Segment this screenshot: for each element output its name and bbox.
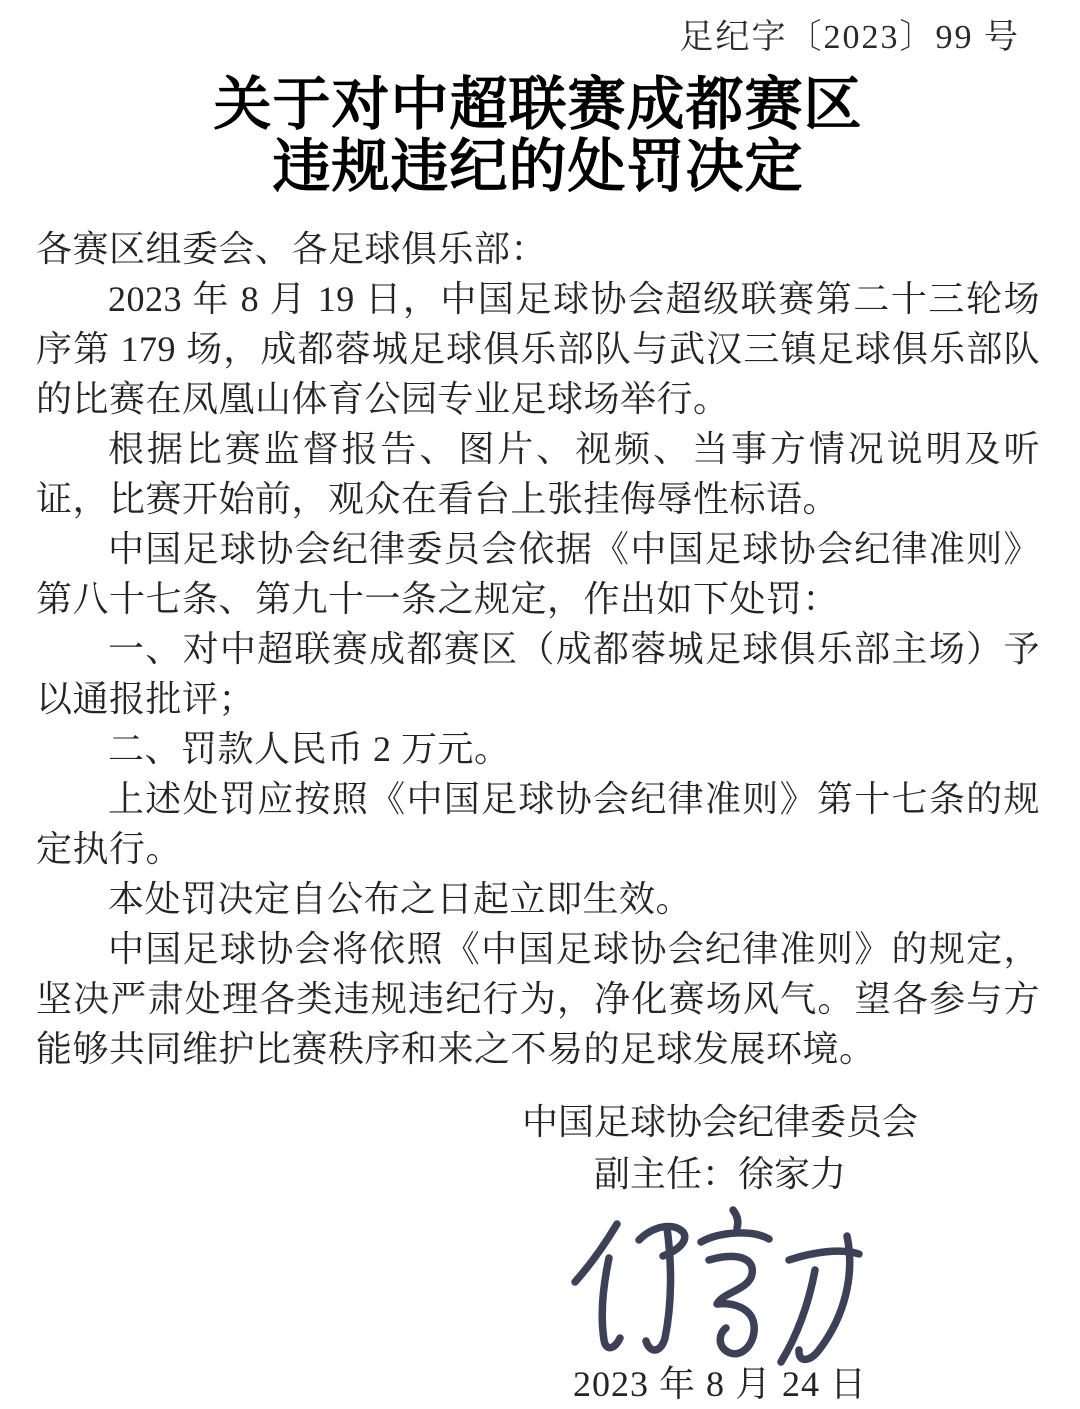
- body-paragraph: 2023 年 8 月 19 日，中国足球协会超级联赛第二十三轮场序第 179 场…: [36, 274, 1040, 424]
- body-paragraph: 本处罚决定自公布之日起立即生效。: [36, 874, 1040, 924]
- body-paragraph: 上述处罚应按照《中国足球协会纪律准则》第十七条的规定执行。: [36, 774, 1040, 874]
- signer-org: 中国足球协会纪律委员会: [500, 1096, 940, 1148]
- salutation: 各赛区组委会、各足球俱乐部：: [36, 224, 1040, 274]
- document-page: 足纪字〔2023〕99 号 关于对中超联赛成都赛区 违规违纪的处罚决定 各赛区组…: [0, 0, 1080, 1409]
- handwritten-signature: [555, 1202, 885, 1370]
- body-paragraph: 一、对中超联赛成都赛区（成都蓉城足球俱乐部主场）予以通报批评；: [36, 624, 1040, 724]
- doc-title: 关于对中超联赛成都赛区 违规违纪的处罚决定: [36, 74, 1040, 198]
- doc-title-line-1: 关于对中超联赛成都赛区: [36, 74, 1040, 136]
- body-paragraph: 中国足球协会将依照《中国足球协会纪律准则》的规定，坚决严肃处理各类违规违纪行为，…: [36, 924, 1040, 1074]
- doc-title-line-2: 违规违纪的处罚决定: [36, 136, 1040, 198]
- document-body: 各赛区组委会、各足球俱乐部： 2023 年 8 月 19 日，中国足球协会超级联…: [36, 224, 1040, 1074]
- signature-block: 中国足球协会纪律委员会 副主任：徐家力 2023 年 8 月 24 日: [500, 1096, 940, 1409]
- body-paragraph: 根据比赛监督报告、图片、视频、当事方情况说明及听证，比赛开始前，观众在看台上张挂…: [36, 424, 1040, 524]
- body-paragraph: 中国足球协会纪律委员会依据《中国足球协会纪律准则》第八十七条、第九十一条之规定，…: [36, 524, 1040, 624]
- signature-date: 2023 年 8 月 24 日: [500, 1358, 940, 1409]
- body-paragraph: 二、罚款人民币 2 万元。: [36, 724, 1040, 774]
- signer-title: 副主任：徐家力: [500, 1148, 940, 1200]
- doc-number: 足纪字〔2023〕99 号: [36, 16, 1040, 60]
